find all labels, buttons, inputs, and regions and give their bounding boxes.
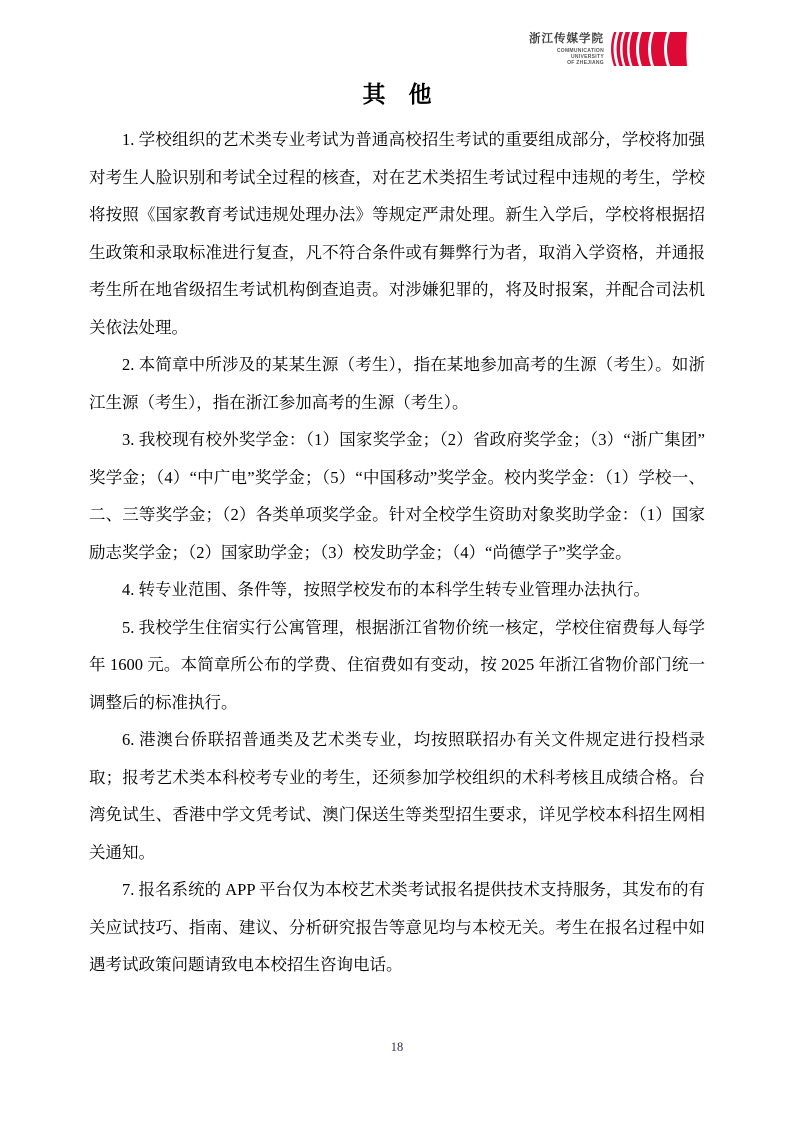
university-name-english-line: COMMUNICATION <box>557 48 604 54</box>
university-logo-text: 浙江传媒学院 COMMUNICATION UNIVERSITY OF ZHEJI… <box>529 33 604 66</box>
paragraph-1: 1. 学校组织的艺术类专业考试为普通高校招生考试的重要组成部分，学校将加强对考生… <box>89 121 705 346</box>
paragraph-6: 6. 港澳台侨联招普通类及艺术类专业，均按照联招办有关文件规定进行投档录取；报考… <box>89 721 705 871</box>
university-name-english-line: OF ZHEJIANG <box>557 60 604 66</box>
university-name-chinese: 浙江传媒学院 <box>529 33 604 46</box>
university-logo-mark-icon <box>610 32 687 66</box>
paragraph-2: 2. 本简章中所涉及的某某生源（考生），指在某地参加高考的生源（考生）。如浙江生… <box>89 346 705 421</box>
paragraph-4: 4. 转专业范围、条件等，按照学校发布的本科学生转专业管理办法执行。 <box>89 571 705 609</box>
page-title: 其 他 <box>0 76 794 109</box>
document-body: 1. 学校组织的艺术类专业考试为普通高校招生考试的重要组成部分，学校将加强对考生… <box>89 121 705 984</box>
university-logo: 浙江传媒学院 COMMUNICATION UNIVERSITY OF ZHEJI… <box>529 32 687 66</box>
page-number: 18 <box>0 1040 794 1055</box>
paragraph-3: 3. 我校现有校外奖学金：（1）国家奖学金；（2）省政府奖学金；（3）“浙广集团… <box>89 421 705 571</box>
university-name-english: COMMUNICATION UNIVERSITY OF ZHEJIANG <box>557 48 604 66</box>
paragraph-7: 7. 报名系统的 APP 平台仅为本校艺术类考试报名提供技术支持服务，其发布的有… <box>89 871 705 984</box>
document-page: 浙江传媒学院 COMMUNICATION UNIVERSITY OF ZHEJI… <box>0 0 794 1123</box>
paragraph-5: 5. 我校学生住宿实行公寓管理，根据浙江省物价统一核定，学校住宿费每人每学年 1… <box>89 609 705 722</box>
